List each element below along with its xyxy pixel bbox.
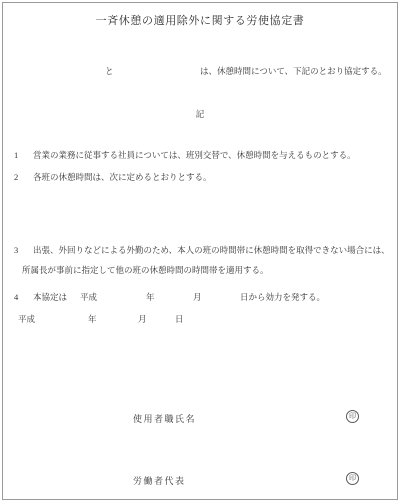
clause-3-text-line2: 所属長が事前に指定して他の班の休憩時間の時間帯を適用する。: [22, 265, 269, 276]
document-page: 一斉休憩の適用除外に関する労使協定書 と は、休憩時間について、下記のとおり協定…: [0, 0, 400, 502]
employer-seal-char: 印: [349, 413, 356, 420]
agreement-statement: は、休憩時間について、下記のとおり協定する。: [200, 66, 387, 77]
employer-seal-icon: 印: [346, 410, 359, 423]
date-era-label: 平成: [18, 314, 35, 325]
clause-3-number: 3: [14, 245, 18, 256]
date-year-label: 年: [88, 314, 97, 325]
clause-1-number: 1: [14, 150, 18, 161]
date-month-label: 月: [138, 314, 147, 325]
employer-signature-label: 使用者職氏名: [133, 412, 196, 425]
clause-4-prefix: 本協定は: [33, 292, 67, 303]
clause-2-number: 2: [14, 172, 18, 183]
date-day-label: 日: [175, 314, 184, 325]
clause-4-month-label: 月: [193, 292, 202, 303]
worker-seal-icon: 印: [346, 472, 359, 485]
document-title: 一斉休憩の適用除外に関する労使協定書: [0, 12, 400, 28]
worker-representative-label: 労働者代表: [133, 474, 186, 487]
clause-1-text: 営業の業務に従事する社員については、班別交替で、休憩時間を与えるものとする。: [33, 150, 356, 161]
worker-seal-char: 印: [349, 475, 356, 482]
record-marker: 記: [0, 109, 400, 120]
clause-4-era-label: 平成: [80, 292, 97, 303]
clause-4-number: 4: [14, 292, 18, 303]
clause-4-year-label: 年: [146, 292, 155, 303]
break-schedule-blank-area: [14, 190, 386, 240]
party-connector-text: と: [105, 66, 114, 77]
clause-4-suffix: 日から効力を発する。: [240, 292, 325, 303]
clause-2-text: 各班の休憩時間は、次に定めるとおりとする。: [33, 172, 212, 183]
clause-3-text-line1: 出張、外回りなどによる外勤のため、本人の班の時間帯に休憩時間を取得できない場合に…: [33, 245, 390, 256]
